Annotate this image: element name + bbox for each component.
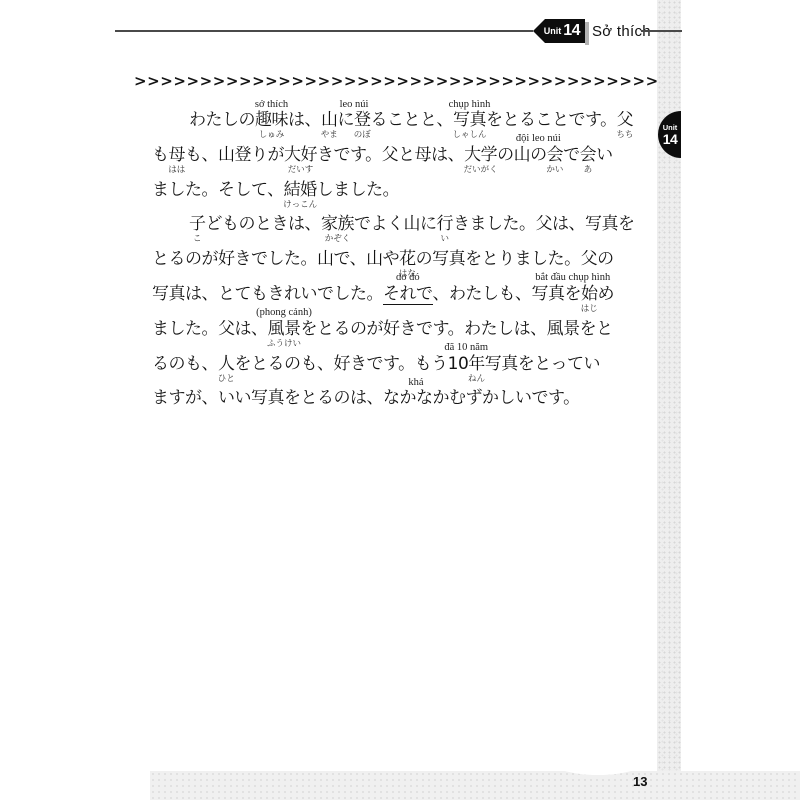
- text-segment: で会あい: [563, 147, 613, 164]
- text-segment: ますが、いい写真をとるのは、: [152, 390, 383, 407]
- text-segment: 写真は、とてもきれいでした。: [152, 286, 383, 303]
- text-segment: chụp hình写真しゃしん: [453, 112, 486, 129]
- text-segment: も母ははも、山登りが大好だいすきです。父と母は、大学だいがくの: [152, 147, 514, 164]
- japanese-text: わたしの: [189, 112, 255, 129]
- japanese-text: 子こ: [189, 216, 206, 233]
- line-main-text: も母ははも、山登りが大好だいすきです。父と母は、大学だいがくのđội leo n…: [152, 147, 613, 164]
- page-number: 13: [633, 774, 647, 789]
- japanese-text: 結婚けっこん: [284, 182, 317, 199]
- japanese-text: 大学だいがく: [464, 147, 497, 164]
- japanese-text: とるのが好きでした。山で、山や: [152, 251, 399, 268]
- japanese-text: 行い: [437, 216, 454, 233]
- japanese-text: の: [497, 147, 514, 164]
- japanese-text: に: [338, 112, 355, 129]
- unit-badge: Unit 14: [533, 19, 585, 43]
- japanese-text: 人ひと: [218, 356, 235, 373]
- japanese-text: で: [563, 147, 580, 164]
- japanese-text: きました。父は、写真を: [453, 216, 635, 233]
- japanese-text: 始はじ: [581, 286, 598, 303]
- passage-line: ました。そして、結婚けっこんしました。: [152, 173, 668, 208]
- japanese-text: 家族かぞく: [321, 216, 354, 233]
- side-tab-unit-label: Unit: [658, 123, 682, 131]
- vietnamese-gloss: do đó: [396, 273, 420, 284]
- line-main-text: ました。父は、(phong cảnh)風景ふうけいをとるのが好きです。わたしは、…: [152, 321, 613, 338]
- japanese-text: ことと、: [387, 112, 453, 129]
- vietnamese-gloss: chụp hình: [449, 100, 491, 111]
- page-corner-curl: [540, 731, 656, 775]
- japanese-text: も、山登りが: [185, 147, 284, 164]
- line-main-text: ました。そして、結婚けっこんしました。: [152, 182, 399, 199]
- text-segment: 子こどものときは、家族かぞくでよく山に行いきました。父は、写真を: [189, 216, 635, 233]
- japanese-text: どものときは、: [206, 216, 322, 233]
- japanese-text: 風景ふうけい: [268, 321, 301, 338]
- japanese-text: をとることです。: [486, 112, 617, 129]
- japanese-text: 写真は、とてもきれいでした。: [152, 286, 383, 303]
- japanese-text: きです。父と母は、: [317, 147, 464, 164]
- japanese-text: も: [152, 147, 169, 164]
- text-segment: sở thích趣味しゅみ: [255, 112, 288, 129]
- japanese-text: でよく山に: [354, 216, 437, 233]
- japanese-text: をとるのも、好きです。もう: [235, 356, 448, 373]
- japanese-text: 年ねん: [468, 356, 485, 373]
- text-segment: ました。そして、結婚けっこんしました。: [152, 182, 399, 199]
- line-main-text: るのも、人ひとをとるのも、好きです。もうđã 10 năm10年ねん写真をとって…: [152, 356, 600, 373]
- japanese-text: 会あ: [580, 147, 597, 164]
- side-tab-unit-number: 14: [658, 132, 682, 146]
- text-segment: むずかしいです。: [449, 390, 580, 407]
- text-segment: は、: [288, 112, 321, 129]
- vietnamese-gloss: sở thích: [255, 100, 288, 111]
- japanese-text: の写真をとりました。父の: [416, 251, 614, 268]
- japanese-text: 山やま: [321, 112, 338, 129]
- text-segment: をとることです。: [486, 112, 617, 129]
- japanese-text: ました。そして、: [152, 182, 284, 199]
- japanese-text: め: [598, 286, 615, 303]
- text-segment: kháなかなか: [383, 390, 449, 407]
- passage-line: わたしのsở thích趣味しゅみは、leo núi山やまに登のぼることと、ch…: [152, 103, 668, 138]
- japanese-text: い: [596, 147, 613, 164]
- passage-line: ました。父は、(phong cảnh)風景ふうけいをとるのが好きです。わたしは、…: [152, 312, 668, 347]
- japanese-text: 、わたしも、: [433, 286, 532, 303]
- japanese-text: 会かい: [547, 147, 564, 164]
- japanese-text: 写真を: [532, 286, 582, 303]
- unit-badge-number: 14: [563, 22, 580, 40]
- japanese-text: をとるのが好きです。わたしは、風景をと: [301, 321, 613, 338]
- line-main-text: 写真は、とてもきれいでした。do đóそれで、わたしも、bắt đầu chụp…: [152, 286, 614, 305]
- japanese-text: るのも、: [152, 356, 218, 373]
- chevron-divider: >>>>>>>>>>>>>>>>>>>>>>>>>>>>>>>>>>>>>>>>…: [134, 72, 658, 90]
- vietnamese-gloss: leo núi: [340, 100, 369, 111]
- vietnamese-gloss: đội leo núi: [516, 134, 561, 145]
- text-segment: とるのが好きでした。山で、山や花はなの写真をとりました。父の: [152, 251, 614, 268]
- text-segment: わたしの: [189, 112, 255, 129]
- line-main-text: 子こどものときは、家族かぞくでよく山に行いきました。父は、写真を: [189, 216, 635, 233]
- japanese-text: る: [371, 112, 388, 129]
- japanese-text: 趣味しゅみ: [255, 112, 288, 129]
- japanese-text: 写真をとってい: [485, 356, 600, 373]
- passage-line: も母ははも、山登りが大好だいすきです。父と母は、大学だいがくのđội leo n…: [152, 138, 668, 173]
- japanese-text: むずかしいです。: [449, 390, 580, 407]
- japanese-text: 母はは: [169, 147, 186, 164]
- text-segment: るのも、人ひとをとるのも、好きです。もう: [152, 356, 448, 373]
- text-segment: đã 10 năm10年ねん: [448, 356, 485, 373]
- reading-passage: わたしのsở thích趣味しゅみは、leo núi山やまに登のぼることと、ch…: [152, 103, 668, 416]
- passage-line: 写真は、とてもきれいでした。do đóそれで、わたしも、bắt đầu chụp…: [152, 277, 668, 312]
- japanese-text: なかなか: [383, 390, 449, 407]
- japanese-text: ました。父は、: [152, 321, 268, 338]
- vietnamese-gloss: khá: [408, 378, 423, 389]
- japanese-text: は、: [288, 112, 321, 129]
- text-segment: do đóそれで: [383, 286, 433, 305]
- header-rule-left: [115, 30, 533, 32]
- text-segment: đội leo núi山の会かい: [514, 147, 564, 164]
- line-main-text: ますが、いい写真をとるのは、kháなかなかむずかしいです。: [152, 390, 580, 407]
- vietnamese-gloss: bắt đầu chụp hình: [535, 273, 610, 284]
- header-rule-right: [641, 30, 682, 32]
- text-segment: bắt đầu chụp hình写真を始はじめ: [532, 286, 615, 303]
- japanese-text: 10: [448, 356, 469, 373]
- unit-badge-shadow: [585, 22, 589, 45]
- unit-badge-label: Unit: [544, 26, 562, 36]
- japanese-text: 写真しゃしん: [453, 112, 486, 129]
- japanese-text: 花はな: [399, 251, 416, 268]
- text-segment: (phong cảnh)風景ふうけい: [268, 321, 301, 338]
- japanese-text: 山の: [514, 147, 547, 164]
- japanese-text: 父ちち: [617, 112, 634, 129]
- unit-side-tab: Unit 14: [658, 111, 704, 158]
- japanese-text: 大好だいす: [284, 147, 317, 164]
- line-main-text: とるのが好きでした。山で、山や花はなの写真をとりました。父の: [152, 251, 614, 268]
- text-segment: leo núi山やまに登のぼる: [321, 112, 387, 129]
- textbook-page: Unit 14 Sở thích >>>>>>>>>>>>>>>>>>>>>>>…: [0, 0, 800, 800]
- unit-side-tab-text: Unit 14: [658, 123, 682, 146]
- text-segment: ことと、: [387, 112, 453, 129]
- passage-line: 子こどものときは、家族かぞくでよく山に行いきました。父は、写真を: [152, 207, 668, 242]
- japanese-text: しました。: [317, 182, 400, 199]
- text-segment: ました。父は、: [152, 321, 268, 338]
- text-segment: 父ちち: [617, 112, 634, 129]
- line-main-text: わたしのsở thích趣味しゅみは、leo núi山やまに登のぼることと、ch…: [189, 112, 633, 129]
- vietnamese-gloss: (phong cảnh): [256, 308, 312, 319]
- passage-line: ますが、いい写真をとるのは、kháなかなかむずかしいです。: [152, 381, 668, 416]
- page-bottom-texture: [150, 771, 800, 800]
- japanese-text: 登のぼ: [354, 112, 371, 129]
- japanese-text: ますが、いい写真をとるのは、: [152, 390, 383, 407]
- text-segment: 、わたしも、: [433, 286, 532, 303]
- text-segment: 写真をとってい: [485, 356, 600, 373]
- text-segment: をとるのが好きです。わたしは、風景をと: [301, 321, 613, 338]
- vietnamese-gloss: đã 10 năm: [444, 343, 488, 354]
- japanese-text: それで: [383, 286, 433, 303]
